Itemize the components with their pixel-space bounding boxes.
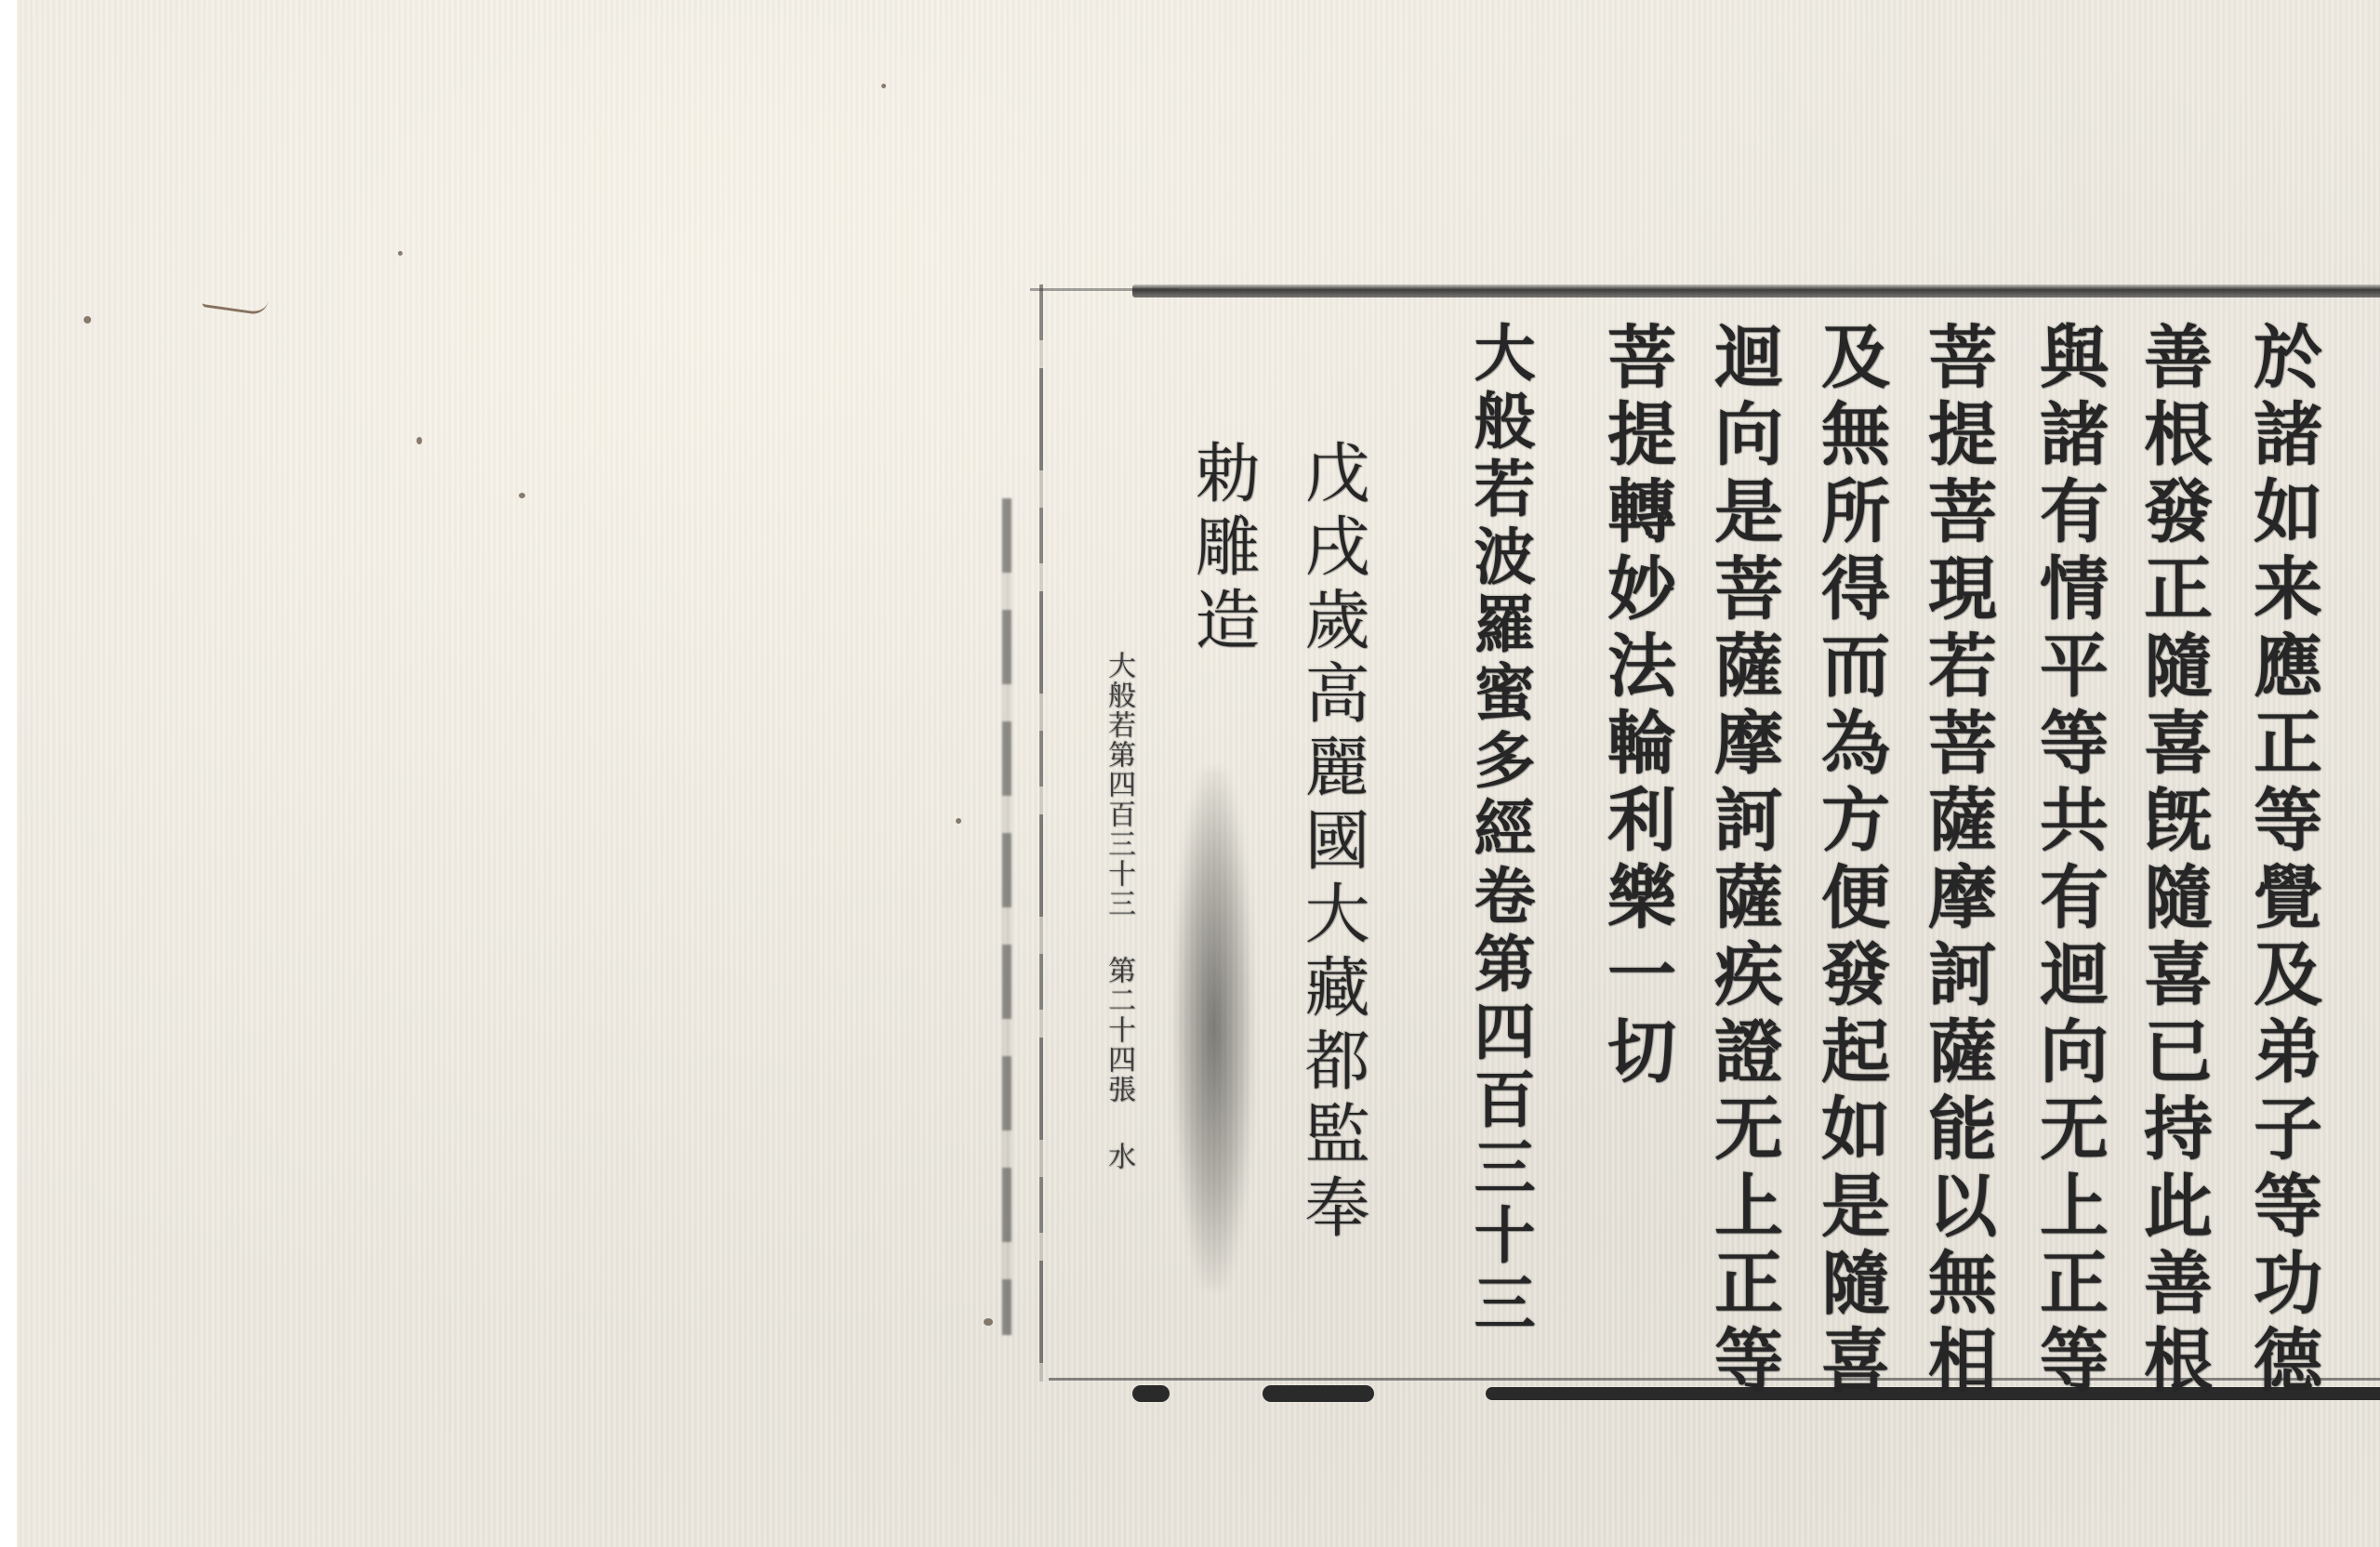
ink-blot — [1263, 1385, 1374, 1402]
sutra-title-column: 大般若波羅蜜多經卷第四百三十三 — [1469, 321, 1530, 1339]
paper-fiber-mark — [202, 291, 269, 316]
text-column-5: 及無所得而為方便發起如是隨喜 — [1816, 321, 1884, 1401]
colophon-column-2: 勅雕造 — [1190, 439, 1255, 659]
text-column-4: 菩提菩現若菩薩摩訶薩能以無相 — [1923, 321, 1991, 1401]
paper-speck — [984, 1318, 993, 1326]
text-column-7: 菩提轉妙法輪利樂一切 — [1602, 321, 1671, 1092]
colophon-column-1: 戊戌歲高麗國大藏都監奉 — [1300, 439, 1365, 1247]
text-column-2: 善根發正隨喜旣隨喜已持此善根 — [2138, 321, 2207, 1401]
frame-top-border-faint — [1030, 288, 1179, 291]
paper-sheet: 於諸如来應正等覺及弟子等功德 善根發正隨喜旣隨喜已持此善根 與諸有情平等共有迴向… — [17, 0, 2380, 1547]
text-column-3: 與諸有情平等共有迴向无上正等 — [2034, 321, 2103, 1401]
frame-top-border — [1132, 284, 2380, 297]
paper-speck — [956, 818, 961, 824]
text-column-1: 於諸如来應正等覺及弟子等功德 — [2248, 321, 2317, 1401]
margin-case-mark: 水 — [1103, 1142, 1135, 1171]
paper-speck — [881, 84, 886, 88]
ink-smudge — [1174, 768, 1253, 1289]
paper-speck — [84, 316, 91, 324]
text-column-6: 迴向是菩薩摩訶薩疾證无上正等 — [1709, 321, 1778, 1401]
paper-speck — [519, 493, 525, 498]
margin-sheet-number: 第二十四張 — [1103, 956, 1135, 1104]
paper-speck — [416, 437, 422, 444]
margin-label: 大般若第四百三十三第二十四張水 — [1104, 651, 1132, 1171]
margin-volume: 大般若第四百三十三 — [1103, 651, 1135, 919]
ink-blot — [1132, 1385, 1170, 1402]
paper-speck — [398, 251, 403, 256]
frame-outer-left-rule — [1002, 498, 1011, 1335]
frame-left-border — [1039, 284, 1043, 1382]
